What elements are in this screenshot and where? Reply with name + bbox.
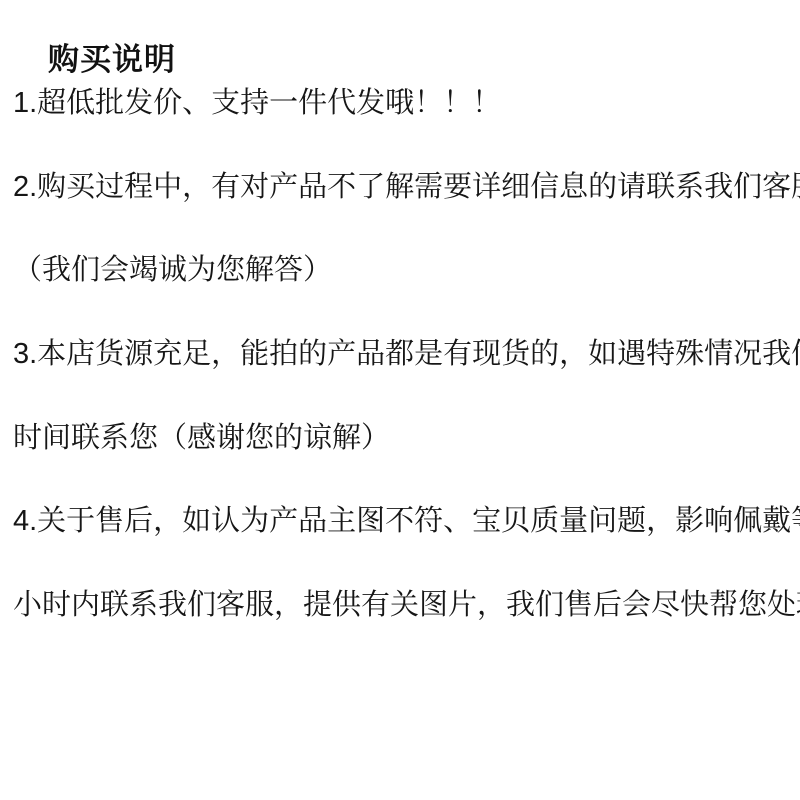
notice-line-7: 小时内联系我们客服，提供有关图片，我们售后会尽快帮您处理的。 (13, 564, 800, 648)
notice-body: 1.超低批发价、支持一件代发哦！！！ 2.购买过程中，有对产品不了解需要详细信息… (13, 62, 800, 648)
notice-line-5: 时间联系您（感谢您的谅解） (13, 397, 800, 481)
purchase-notice-page: 购买说明 1.超低批发价、支持一件代发哦！！！ 2.购买过程中，有对产品不了解需… (0, 0, 800, 800)
notice-line-4: 3.本店货源充足，能拍的产品都是有现货的，如遇特殊情况我们客服会第一 (13, 313, 800, 397)
notice-line-2: 2.购买过程中，有对产品不了解需要详细信息的请联系我们客服。 (13, 146, 800, 230)
notice-line-6: 4.关于售后，如认为产品主图不符、宝贝质量问题，影响佩戴等，请与48 (13, 480, 800, 564)
notice-line-1: 1.超低批发价、支持一件代发哦！！！ (13, 62, 800, 146)
notice-line-3: （我们会竭诚为您解答） (13, 229, 800, 313)
